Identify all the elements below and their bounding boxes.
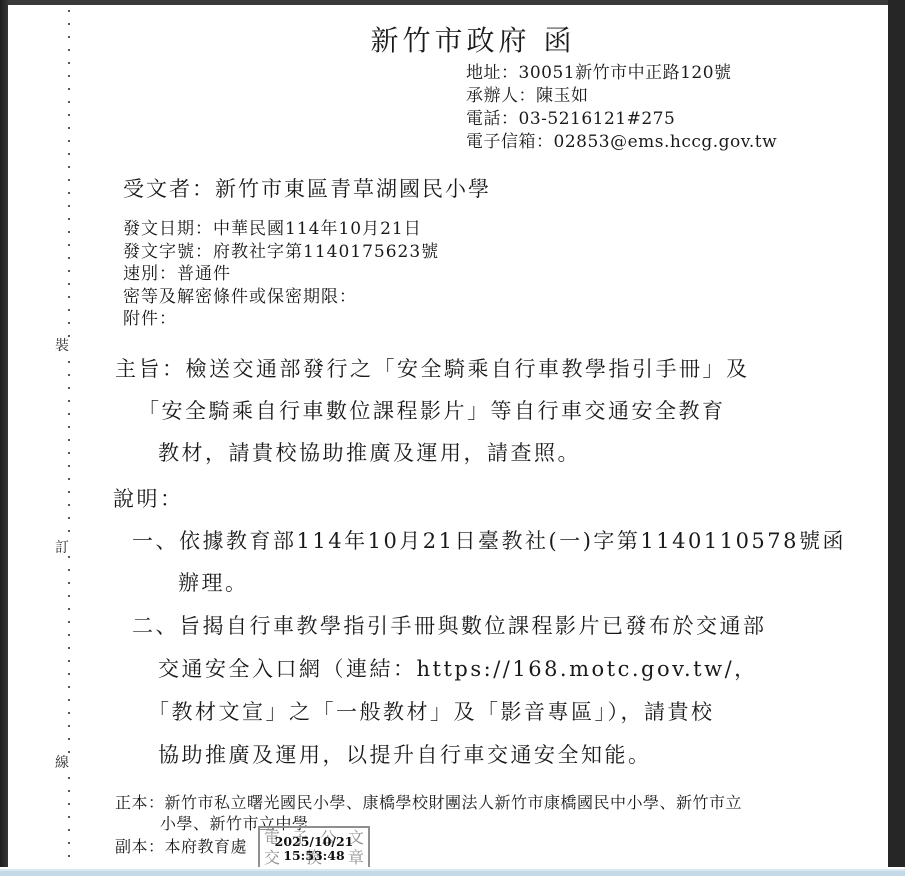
contact-email: 電子信箱：02853@ems.hccg.gov.tw	[466, 131, 777, 154]
meta-attachment: 附件：	[123, 308, 439, 331]
binding-mark-xian: 線	[53, 755, 71, 771]
meta-issue-date: 發文日期：中華民國114年10月21日	[123, 218, 439, 241]
electronic-exchange-stamp: 電子公文 交換章 2025/10/21 15:53:48	[258, 826, 370, 872]
stamp-datetime: 2025/10/21 15:53:48	[260, 828, 368, 870]
meta-security: 密等及解密條件或保密期限：	[123, 286, 439, 309]
explanation-label: 說明：	[113, 483, 184, 513]
viewer-top-edge	[0, 0, 905, 5]
meta-doc-number: 發文字號：府教社字第1140175623號	[123, 241, 439, 264]
item1-line-1: 一、依據教育部114年10月21日臺教社(一)字第1140110578號函	[132, 525, 846, 555]
binding-dotted-line	[68, 10, 70, 866]
viewer-right-edge	[888, 0, 905, 876]
contact-phone: 電話：03-5216121#275	[466, 108, 777, 131]
item2-line-2: 交通安全入口網（連結：https://168.motc.gov.tw/，	[158, 653, 758, 683]
contact-address: 地址：30051新竹市中正路120號	[466, 62, 777, 85]
subject-line-2: 「安全騎乘自行車數位課程影片」等自行車交通安全教育	[138, 395, 726, 425]
item1-line-2: 辦理。	[178, 567, 249, 597]
stamp-time: 15:53:48	[283, 849, 344, 863]
doc-title: 新竹市政府 函	[123, 19, 823, 59]
binding-mark-ding: 訂	[53, 540, 71, 556]
item2-line-4: 協助推廣及運用，以提升自行車交通安全知能。	[158, 739, 652, 769]
viewer-left-edge	[0, 0, 8, 876]
contact-block: 地址：30051新竹市中正路120號 承辦人：陳玉如 電話：03-5216121…	[466, 62, 777, 154]
document-viewer: 新竹市政府 函 地址：30051新竹市中正路120號 承辦人：陳玉如 電話：03…	[0, 0, 905, 876]
original-recipients-line-1: 正本：新竹市私立曙光國民小學、康橋學校財團法人新竹市康橋國民中小學、新竹市立	[115, 790, 742, 813]
stamp-date: 2025/10/21	[275, 835, 354, 849]
item2-line-3: 「教材文宣」之「一般教材」及「影音專區」），請貴校	[148, 696, 715, 726]
recipient-line: 受文者：新竹市東區青草湖國民小學	[123, 173, 491, 203]
item2-line-1: 二、旨揭自行車教學指引手冊與數位課程影片已發布於交通部	[132, 610, 767, 640]
subject-line-3: 教材，請貴校協助推廣及運用，請查照。	[158, 437, 581, 467]
document-page: 新竹市政府 函 地址：30051新竹市中正路120號 承辦人：陳玉如 電話：03…	[8, 5, 888, 867]
contact-handler: 承辦人：陳玉如	[466, 85, 777, 108]
horizontal-scrollbar-track[interactable]	[0, 867, 905, 876]
copy-recipient-line: 副本：本府教育處	[115, 834, 247, 857]
meta-block: 發文日期：中華民國114年10月21日 發文字號：府教社字第1140175623…	[123, 218, 439, 331]
subject-line-1: 主旨：檢送交通部發行之「安全騎乘自行車教學指引手冊」及	[115, 353, 750, 383]
meta-priority: 速別：普通件	[123, 263, 439, 286]
binding-mark-zhuang: 裝	[53, 338, 71, 354]
